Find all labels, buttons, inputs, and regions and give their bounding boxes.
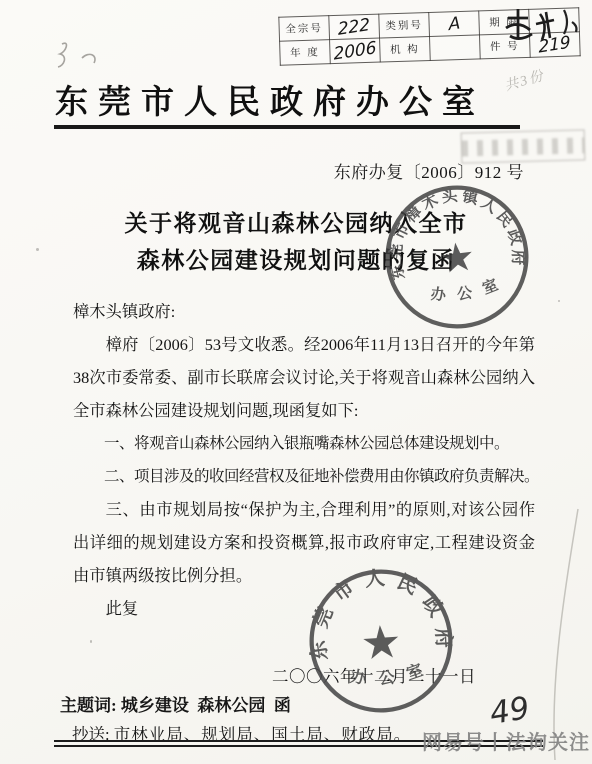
year-value: 2006 bbox=[330, 38, 381, 64]
scan-speck bbox=[520, 470, 523, 472]
year-label: 年 度 bbox=[280, 40, 331, 66]
term-value bbox=[529, 8, 580, 34]
fonds-label: 全宗号 bbox=[279, 16, 330, 42]
platform-watermark: 网易号丨法询关注 bbox=[422, 726, 590, 755]
issuing-agency-title: 东莞市人民政府办公室 bbox=[18, 76, 522, 123]
official-seal-town-office: 东莞市樟木头镇人民政府 ★ 办公室 bbox=[372, 172, 541, 341]
term-label: 期 限 bbox=[479, 9, 530, 35]
subject-label: 主题词: bbox=[60, 696, 117, 715]
copies-note: 共3份 bbox=[502, 65, 547, 96]
category-label: 类别号 bbox=[379, 13, 430, 39]
paragraph-intro: 樟府〔2006〕53号文收悉。经2006年11月13日召开的今年第38次市委常委… bbox=[73, 328, 535, 427]
seal-office-text: 办公室 bbox=[428, 275, 501, 307]
org-label: 机 构 bbox=[380, 37, 431, 63]
seal-star-icon: ★ bbox=[437, 233, 478, 282]
pencil-squiggle bbox=[48, 36, 118, 81]
seal-star-icon: ★ bbox=[359, 616, 403, 670]
category-value: A bbox=[429, 11, 480, 37]
paragraph-item-2: 二、项目涉及的收回经营权及征地补偿费用由你镇政府负责解决。 bbox=[73, 460, 535, 493]
item-value: 219 bbox=[529, 32, 580, 58]
scan-speck bbox=[558, 300, 560, 302]
paragraph-item-1: 一、将观音山森林公园纳入银瓶嘴森林公园总体建设规划中。 bbox=[73, 427, 535, 460]
org-value bbox=[430, 35, 481, 61]
archive-stamp-table: 全宗号 222 类别号 A 期 限 年 度 2006 机 构 件 号 219 bbox=[278, 7, 580, 65]
letterhead-rule bbox=[54, 125, 520, 129]
official-seal-municipal-office: 东莞市人民政府 ★ 办公室 bbox=[300, 560, 462, 722]
subject-value: 城乡建设 森林公园 函 bbox=[121, 696, 291, 715]
fonds-value: 222 bbox=[329, 14, 380, 40]
item-label: 件 号 bbox=[479, 33, 530, 59]
scanned-document-page: 全宗号 222 类别号 A 期 限 年 度 2006 机 构 件 号 219 共… bbox=[0, 0, 592, 764]
scan-speck bbox=[90, 640, 92, 643]
subject-keywords-line: 主题词: 城乡建设 森林公园 函 bbox=[60, 691, 291, 716]
